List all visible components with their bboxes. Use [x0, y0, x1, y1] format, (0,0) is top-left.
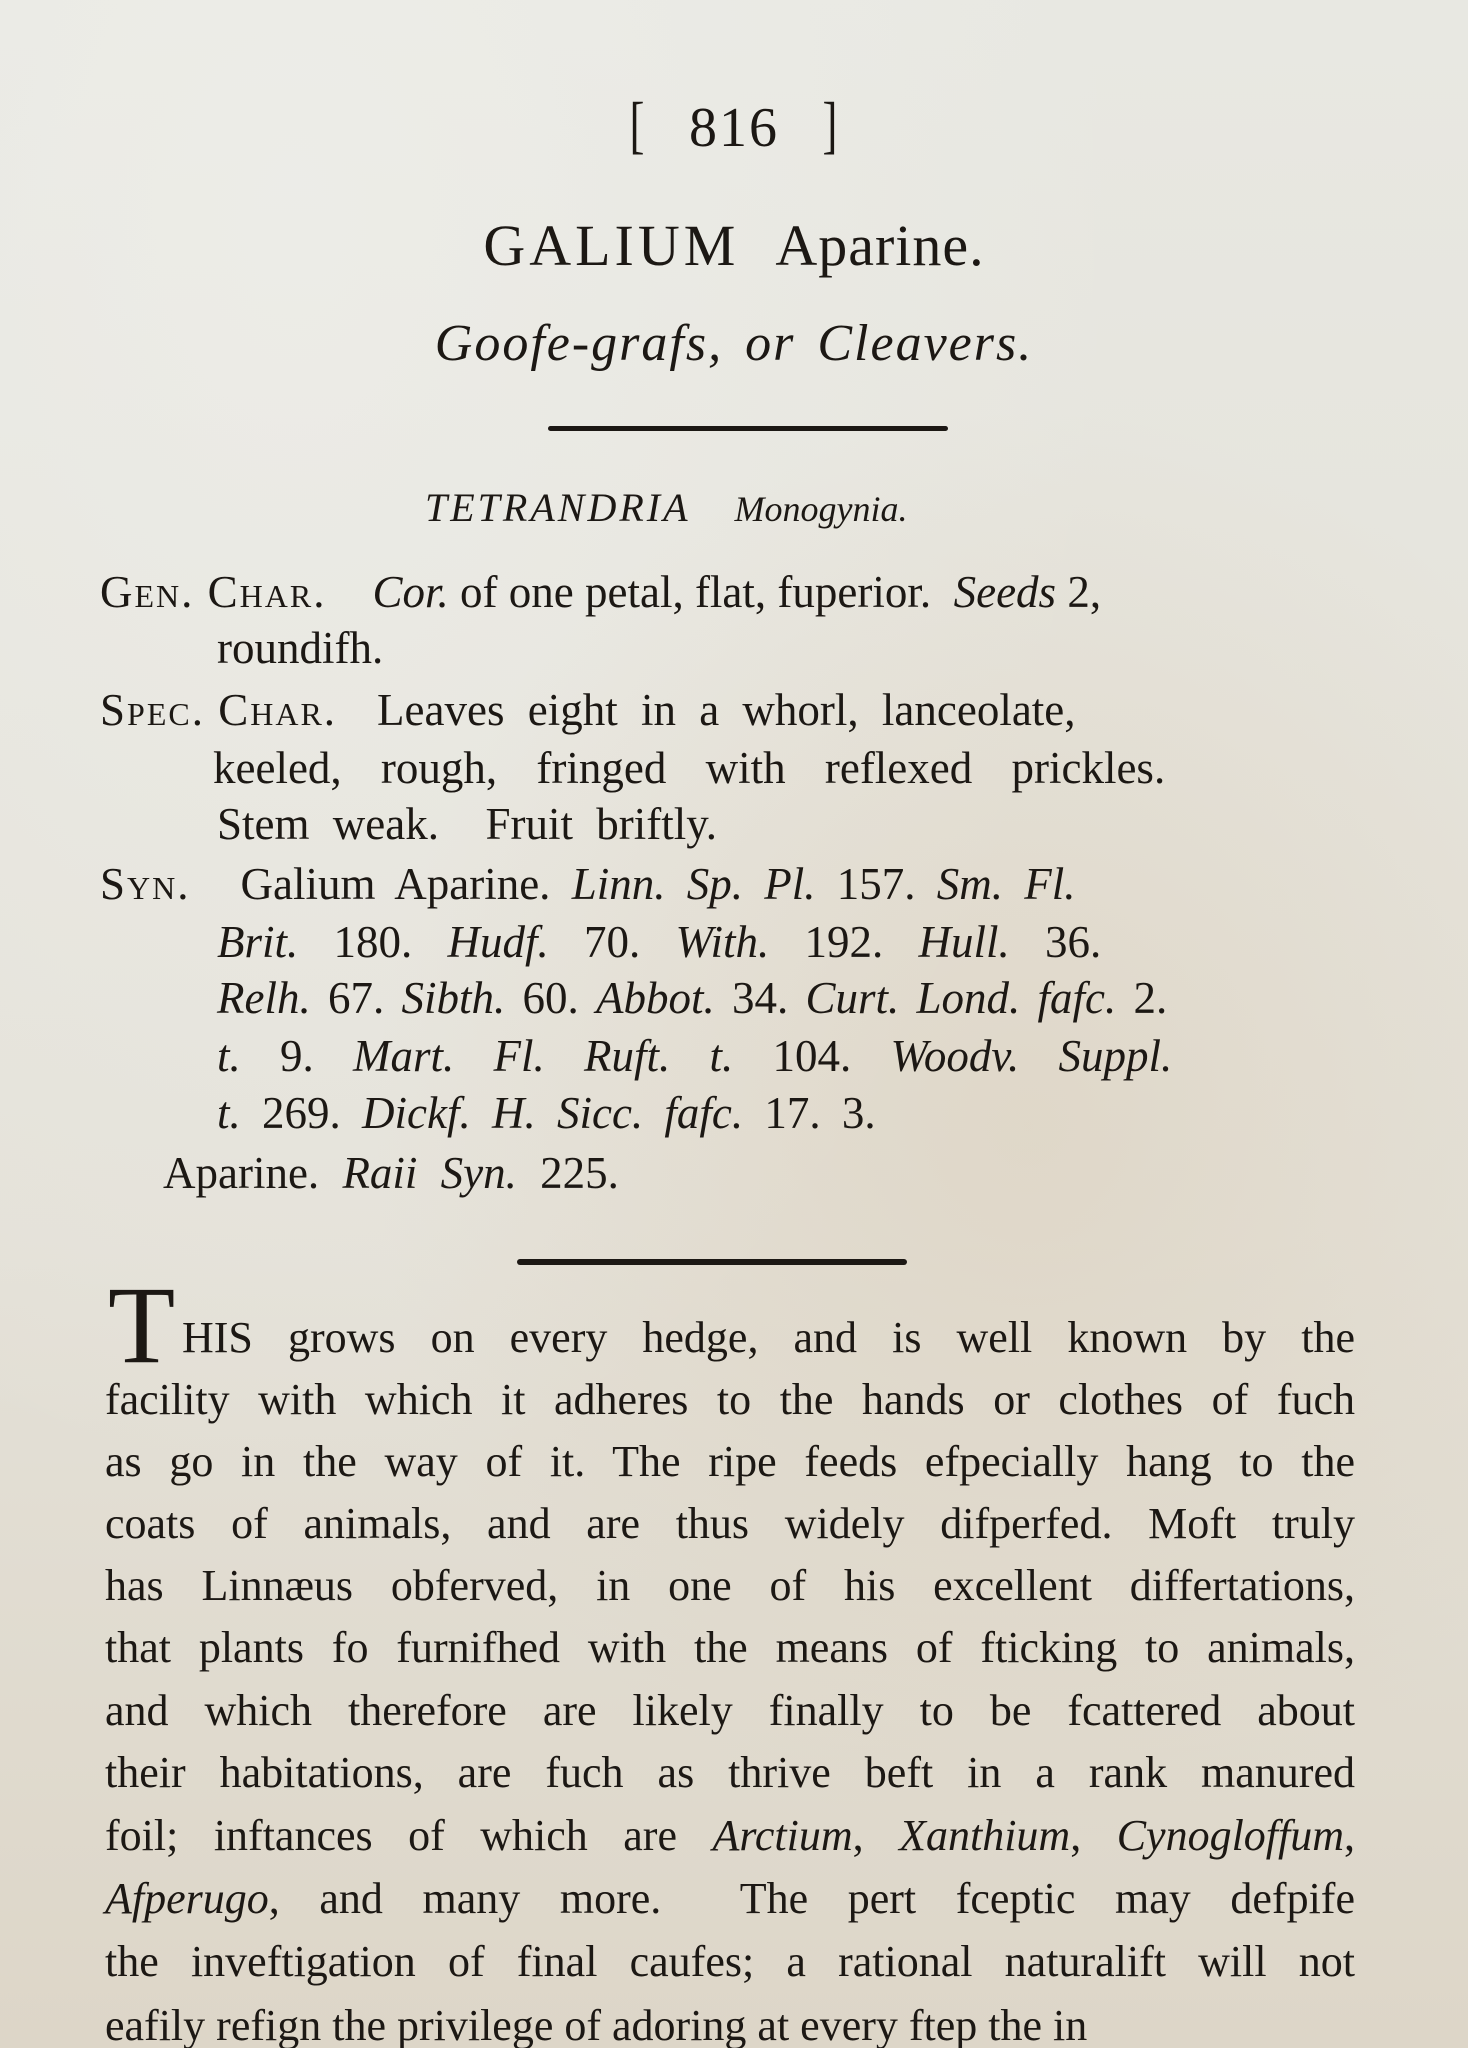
gen-char-seeds: Seeds [954, 567, 1056, 617]
syn-text: 157. [815, 859, 936, 909]
page-number: [816] [0, 88, 1468, 162]
syn-text: 67. [311, 973, 402, 1023]
body-line-6: that plants fo furnifhed with the means … [105, 1622, 1355, 1673]
body-line-4: coats of animals, and are thus widely di… [105, 1498, 1355, 1549]
syn-ref: With. [676, 917, 770, 967]
bracket-close: ] [822, 88, 838, 162]
generic-character: Gen. Char.Cor. of one petal, flat, fuper… [100, 566, 1101, 618]
spec-char-label: Spec. Char. [100, 685, 337, 735]
common-name-1: Goofe-grafs, [435, 315, 723, 372]
order-name: Monogynia. [735, 489, 908, 529]
specific-character: Spec. Char.Leaves eight in a whorl, lanc… [100, 684, 1076, 736]
synonyms-line-3: Relh. 67. Sibth. 60. Abbot. 34. Curt. Lo… [217, 972, 1167, 1024]
body-text: , [1344, 1811, 1355, 1860]
syn-ref: Abbot. [596, 973, 715, 1023]
genus-asperugo: Afperugo [105, 1874, 269, 1923]
syn-text: 2. [1116, 973, 1167, 1023]
syn-text: 225. [517, 1148, 619, 1198]
specific-character-line3: Stem weak. Fruit briftly. [217, 798, 717, 850]
body-line-7: and which therefore are likely finally t… [105, 1685, 1355, 1736]
syn-ref: t. [217, 1031, 241, 1081]
synonyms-line-6: Aparine. Raii Syn. 225. [163, 1147, 619, 1199]
class-name: TETRANDRIA [425, 485, 691, 530]
body-line-11: the inveftigation of final caufes; a rat… [105, 1936, 1355, 1987]
syn-text: 269. [241, 1088, 362, 1138]
spec-char-line1: Leaves eight in a whorl, lanceolate, [377, 685, 1075, 735]
generic-character-line2: roundifh. [217, 622, 383, 674]
gen-char-text: of one petal, flat, fuperior. [449, 567, 954, 617]
genus-arctium: Arctium [712, 1811, 852, 1860]
syn-ref: Hull. [919, 917, 1010, 967]
syn-text: 104. [733, 1031, 890, 1081]
body-line-9: foil; inftances of which are Arctium, Xa… [105, 1810, 1355, 1861]
syn-text: 192. [769, 917, 918, 967]
syn-ref: Mart. Fl. Ruft. t. [353, 1031, 733, 1081]
syn-ref: t. [217, 1088, 241, 1138]
synonyms-line-5: t. 269. Dickf. H. Sicc. fafc. 17. 3. [217, 1087, 876, 1139]
common-name-or: or [745, 315, 795, 372]
bracket-open: [ [629, 88, 645, 162]
body-text: , and many more. The pert fceptic may de… [269, 1874, 1355, 1923]
body-line-3: as go in the way of it. The ripe feeds e… [105, 1436, 1355, 1487]
body-line-12: eafily refign the privilege of adoring a… [105, 2000, 1355, 2048]
body-line-10: Afperugo, and many more. The pert fcepti… [105, 1873, 1355, 1924]
synonyms-line-1: Syn.Galium Aparine. Linn. Sp. Pl. 157. S… [100, 858, 1075, 910]
body-line-1: HIS grows on every hedge, and is well kn… [182, 1312, 1355, 1363]
gen-char-cor: Cor. [372, 567, 448, 617]
syn-text: 70. [549, 917, 676, 967]
genus-xanthium: Xanthium [899, 1811, 1070, 1860]
gen-char-seeds-count: 2, [1056, 567, 1101, 617]
divider-rule-top [548, 426, 948, 431]
syn-ref: Hudf. [448, 917, 549, 967]
syn-ref: Sm. Fl. [937, 859, 1076, 909]
body-text: , [853, 1811, 900, 1860]
syn-text: 180. [298, 917, 447, 967]
syn-ref: Curt. Lond. fafc. [805, 973, 1116, 1023]
genus-name: GALIUM [483, 213, 739, 278]
divider-rule-bottom [517, 1259, 907, 1265]
syn-ref: Brit. [217, 917, 298, 967]
synonyms-line-4: t. 9. Mart. Fl. Ruft. t. 104. Woodv. Sup… [217, 1030, 1172, 1082]
syn-text: 17. 3. [743, 1088, 876, 1138]
common-name: Goofe-grafs,orCleavers. [0, 314, 1468, 373]
drop-cap: T [108, 1270, 175, 1380]
syn-ref: Dickf. H. Sicc. fafc. [362, 1088, 743, 1138]
plant-title: GALIUMAparine. [0, 212, 1468, 279]
syn-text: 60. [505, 973, 596, 1023]
synonyms-line-2: Brit. 180. Hudf. 70. With. 192. Hull. 36… [217, 916, 1101, 968]
syn-ref: Relh. [217, 973, 311, 1023]
syn-ref: Woodv. Suppl. [891, 1031, 1173, 1081]
body-text: foil; inftances of which are [105, 1811, 712, 1860]
body-line-5: has Linnæus obferved, in one of his exce… [105, 1560, 1355, 1611]
linnaean-classification: TETRANDRIAMonogynia. [425, 484, 908, 531]
syn-ref: Raii Syn. [342, 1148, 516, 1198]
common-name-2: Cleavers. [817, 315, 1033, 372]
syn-ref: Linn. Sp. Pl. [572, 859, 816, 909]
page-number-value: 816 [689, 97, 779, 159]
syn-text: Aparine. [163, 1148, 342, 1198]
syn-text: 9. [241, 1031, 353, 1081]
body-line-8: their habitations, are fuch as thrive be… [105, 1747, 1355, 1798]
genus-cynoglossum: Cynogloffum [1117, 1811, 1344, 1860]
species-name: Aparine. [775, 213, 984, 278]
syn-ref: Sibth. [401, 973, 505, 1023]
syn-text: 36. [1010, 917, 1102, 967]
syn-text: Galium Aparine. [241, 859, 572, 909]
specific-character-line2: keeled, rough, fringed with reflexed pri… [213, 742, 1165, 794]
body-text: , [1070, 1811, 1117, 1860]
syn-label: Syn. [100, 859, 191, 909]
gen-char-label: Gen. Char. [100, 567, 326, 617]
body-line-2: facility with which it adheres to the ha… [105, 1374, 1355, 1425]
syn-text: 34. [715, 973, 806, 1023]
